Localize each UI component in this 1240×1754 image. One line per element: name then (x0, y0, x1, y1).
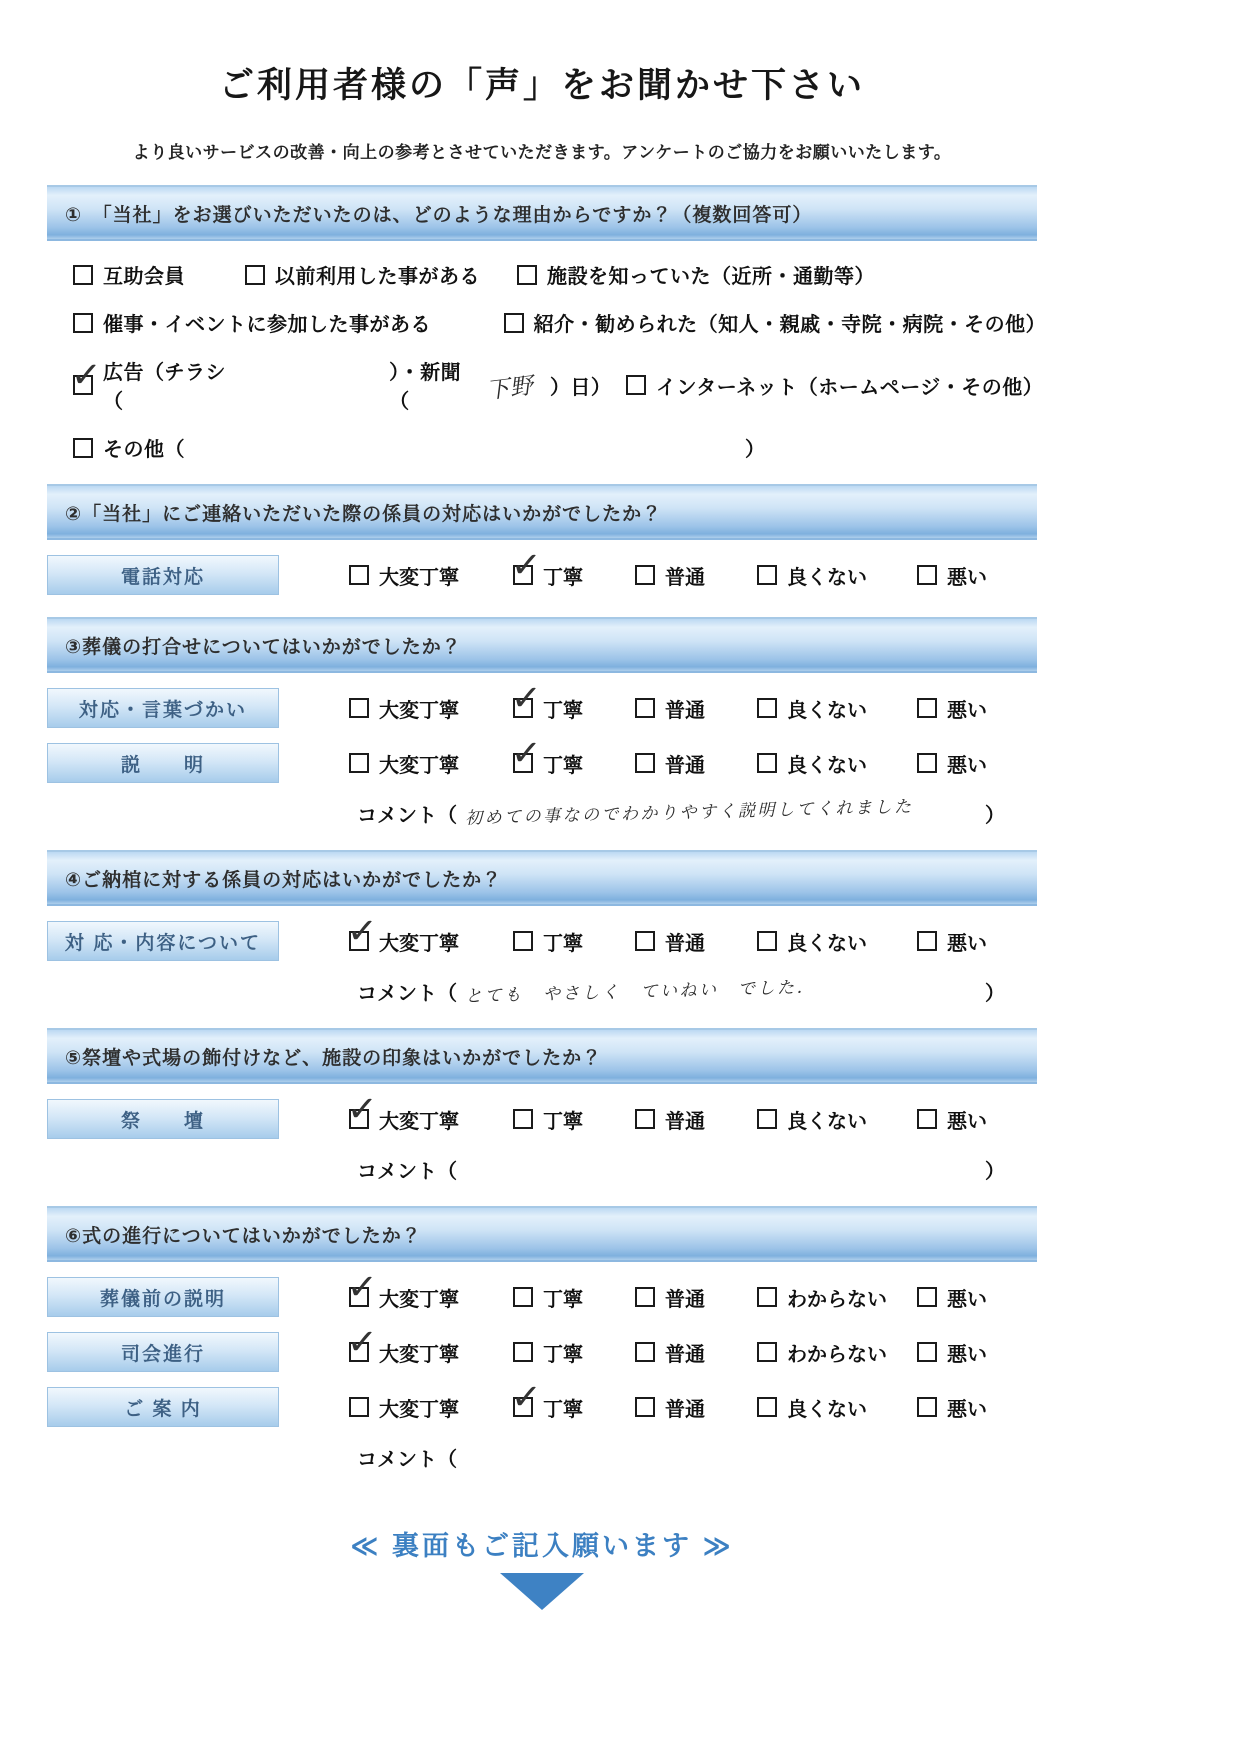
option-polite: 丁寧 (513, 749, 635, 778)
q1-choice-row-3: 広告（チラシ（ ）・新聞（ 下野 ）日） インターネット（ホームページ・その他） (47, 356, 1037, 414)
checkbox-referral[interactable] (504, 313, 524, 333)
checkbox-polite[interactable] (513, 565, 533, 585)
other-blank-field[interactable] (185, 437, 745, 459)
option-label: 悪い (947, 749, 987, 778)
checkbox-very-polite[interactable] (349, 565, 369, 585)
checkbox-bad[interactable] (917, 1397, 937, 1417)
option-polite: 丁寧 (513, 1283, 635, 1312)
checkbox-not-good[interactable] (757, 931, 777, 951)
checkbox-very-polite[interactable] (349, 1109, 369, 1129)
option-label-other-pre: その他（ (103, 433, 185, 462)
option-label: 催事・イベントに参加した事がある (103, 308, 431, 337)
q6-comment-line: コメント（ (357, 1443, 1005, 1472)
option-label-ad-pre: 広告（チラシ（ (103, 356, 244, 414)
option-label: 大変丁寧 (379, 694, 459, 723)
option-label: 大変丁寧 (379, 1338, 459, 1367)
section-header-q3: ③葬儀の打合せについてはいかがでしたか？ (47, 617, 1037, 673)
option-not-good: 良くない (757, 1105, 917, 1134)
survey-page: ご利用者様の「声」をお聞かせ下さい より良いサービスの改善・向上の参考とさせてい… (47, 58, 1037, 1610)
option-label: 悪い (947, 1338, 987, 1367)
option-normal: 普通 (635, 749, 757, 778)
row-label-phone: 電話対応 (47, 555, 279, 595)
comment-close-paren: ） (985, 1155, 1005, 1184)
option-label: 以前利用した事がある (275, 260, 480, 289)
option-label-ad-mid: ）・新聞（ (389, 356, 480, 414)
checkbox-dont-know[interactable] (757, 1342, 777, 1362)
page-title: ご利用者様の「声」をお聞かせ下さい (47, 58, 1037, 108)
option-label: 悪い (947, 1283, 987, 1312)
checkbox-mutual-member[interactable] (73, 265, 93, 285)
checkbox-other[interactable] (73, 438, 93, 458)
option-label: 良くない (787, 927, 867, 956)
checkbox-event[interactable] (73, 313, 93, 333)
option-label: 丁寧 (543, 1393, 583, 1422)
checkbox-normal[interactable] (635, 565, 655, 585)
option-label: 良くない (787, 1393, 867, 1422)
option-label: 大変丁寧 (379, 1393, 459, 1422)
q1-option-mutual-member: 互助会員 (73, 260, 245, 289)
q3-comment-handwritten[interactable]: 初めての事なのでわかりやすく説明してくれました (457, 792, 985, 832)
option-not-good: 良くない (757, 1393, 917, 1422)
option-label: 良くない (787, 1105, 867, 1134)
option-label: 普通 (665, 694, 705, 723)
rating-row-response-language: 対応・言葉づかい 大変丁寧 丁寧 普通 良くない 悪い (47, 688, 1037, 728)
q3-comment-line: コメント（ 初めての事なのでわかりやすく説明してくれました ） (357, 799, 1005, 828)
option-label: 丁寧 (543, 749, 583, 778)
option-label: 施設を知っていた（近所・通勤等） (547, 260, 875, 289)
option-label: 普通 (665, 1105, 705, 1134)
back-side-note: ≪ 裏面もご記入願います ≫ (47, 1524, 1037, 1563)
rating-options: 大変丁寧 丁寧 普通 良くない 悪い (349, 749, 987, 778)
checkbox-internet[interactable] (626, 375, 646, 395)
spacer (610, 374, 626, 396)
option-polite: 丁寧 (513, 1338, 635, 1367)
option-label: 大変丁寧 (379, 1105, 459, 1134)
checkbox-bad[interactable] (917, 1342, 937, 1362)
checkbox-used-before[interactable] (245, 265, 265, 285)
section-header-q1: ① 「当社」をお選びいただいたのは、どのような理由からですか？（複数回答可） (47, 185, 1037, 241)
flyer-blank-field[interactable] (244, 374, 389, 396)
checkbox-very-polite[interactable] (349, 1342, 369, 1362)
option-label: 良くない (787, 694, 867, 723)
option-not-good: 良くない (757, 694, 917, 723)
option-label: 普通 (665, 1283, 705, 1312)
q4-comment-handwritten[interactable]: とても やさしく ていねい でした． (457, 970, 985, 1010)
option-very-polite: 大変丁寧 (349, 1283, 513, 1312)
newspaper-handwritten-value[interactable]: 下野 (484, 365, 546, 405)
option-label: 良くない (787, 561, 867, 590)
option-label: 丁寧 (543, 694, 583, 723)
section-header-q5: ⑤祭壇や式場の飾付けなど、施設の印象はいかがでしたか？ (47, 1028, 1037, 1084)
option-label: 普通 (665, 927, 705, 956)
option-label: 丁寧 (543, 1105, 583, 1134)
checkbox-very-polite[interactable] (349, 698, 369, 718)
rating-row-mc-progression: 司会進行 大変丁寧 丁寧 普通 わからない 悪い (47, 1332, 1037, 1372)
section-header-q4: ④ご納棺に対する係員の対応はいかがでしたか？ (47, 850, 1037, 906)
row-label-pre-funeral-explanation: 葬儀前の説明 (47, 1277, 279, 1317)
checkbox-normal[interactable] (635, 698, 655, 718)
option-label: 大変丁寧 (379, 561, 459, 590)
page-subtitle: より良いサービスの改善・向上の参考とさせていただきます。アンケートのご協力をお願… (47, 138, 1037, 163)
option-label: 普通 (665, 561, 705, 590)
footer: ≪ 裏面もご記入願います ≫ (47, 1524, 1037, 1610)
option-label-ad-post: ）日） (550, 371, 610, 400)
q5-comment-line: コメント（ ） (357, 1155, 1005, 1184)
option-very-polite: 大変丁寧 (349, 1105, 513, 1134)
option-label: 悪い (947, 694, 987, 723)
row-label-guidance: ご 案 内 (47, 1387, 279, 1427)
option-normal: 普通 (635, 1393, 757, 1422)
option-label: 丁寧 (543, 1283, 583, 1312)
checkbox-normal[interactable] (635, 1397, 655, 1417)
comment-label: コメント（ (357, 799, 457, 828)
option-label: 大変丁寧 (379, 749, 459, 778)
rating-row-phone: 電話対応 大変丁寧 丁寧 普通 良くない 悪い (47, 555, 1037, 595)
option-normal: 普通 (635, 561, 757, 590)
q1-option-event: 催事・イベントに参加した事がある (73, 308, 504, 337)
rating-options: 大変丁寧 丁寧 普通 良くない 悪い (349, 561, 987, 590)
option-label: 悪い (947, 1105, 987, 1134)
comment-label: コメント（ (357, 977, 457, 1006)
checkbox-normal[interactable] (635, 1287, 655, 1307)
option-dont-know: わからない (757, 1338, 917, 1367)
checkbox-bad[interactable] (917, 1109, 937, 1129)
rating-row-explanation: 説 明 大変丁寧 丁寧 普通 良くない 悪い (47, 743, 1037, 783)
rating-row-pre-funeral-explanation: 葬儀前の説明 大変丁寧 丁寧 普通 わからない 悪い (47, 1277, 1037, 1317)
rating-options: 大変丁寧 丁寧 普通 良くない 悪い (349, 694, 987, 723)
q1-choice-row-1: 互助会員 以前利用した事がある 施設を知っていた（近所・通勤等） (47, 260, 1037, 289)
option-label: 普通 (665, 1393, 705, 1422)
option-label: 悪い (947, 1393, 987, 1422)
option-not-good: 良くない (757, 561, 917, 590)
comment-label: コメント（ (357, 1443, 457, 1472)
option-label: 普通 (665, 749, 705, 778)
q6-comment-handwritten[interactable] (457, 1436, 1005, 1476)
section-header-q6: ⑥式の進行についてはいかがでしたか？ (47, 1206, 1037, 1262)
checkbox-not-good[interactable] (757, 565, 777, 585)
option-polite: 丁寧 (513, 694, 635, 723)
checkbox-advertisement[interactable] (73, 375, 93, 395)
checkbox-bad[interactable] (917, 565, 937, 585)
option-very-polite: 大変丁寧 (349, 694, 513, 723)
option-label: わからない (787, 1283, 887, 1312)
rating-row-altar: 祭 壇 大変丁寧 丁寧 普通 良くない 悪い (47, 1099, 1037, 1139)
option-label: 丁寧 (543, 1338, 583, 1367)
option-label: 互助会員 (103, 260, 185, 289)
checkbox-bad[interactable] (917, 1287, 937, 1307)
checkbox-normal[interactable] (635, 1109, 655, 1129)
option-label: 悪い (947, 927, 987, 956)
option-very-polite: 大変丁寧 (349, 927, 513, 956)
option-polite: 丁寧 (513, 927, 635, 956)
option-bad: 悪い (917, 749, 987, 778)
option-normal: 普通 (635, 927, 757, 956)
row-label-handling-content: 対 応・内容について (47, 921, 279, 961)
checkbox-polite[interactable] (513, 1342, 533, 1362)
checkbox-normal[interactable] (635, 931, 655, 951)
down-arrow-icon (500, 1573, 584, 1610)
option-not-good: 良くない (757, 927, 917, 956)
option-label: 悪い (947, 561, 987, 590)
q1-option-used-before: 以前利用した事がある (245, 260, 517, 289)
comment-close-paren: ） (985, 977, 1005, 1006)
checkbox-normal[interactable] (635, 753, 655, 773)
comment-close-paren: ） (985, 799, 1005, 828)
option-very-polite: 大変丁寧 (349, 749, 513, 778)
checkbox-bad[interactable] (917, 698, 937, 718)
option-label: 丁寧 (543, 927, 583, 956)
row-label-mc-progression: 司会進行 (47, 1332, 279, 1372)
option-bad: 悪い (917, 1105, 987, 1134)
option-normal: 普通 (635, 1338, 757, 1367)
checkbox-very-polite[interactable] (349, 753, 369, 773)
option-bad: 悪い (917, 561, 987, 590)
checkbox-not-good[interactable] (757, 753, 777, 773)
option-bad: 悪い (917, 1393, 987, 1422)
option-very-polite: 大変丁寧 (349, 561, 513, 590)
rating-row-handling-content: 対 応・内容について 大変丁寧 丁寧 普通 良くない 悪い (47, 921, 1037, 961)
q1-option-internet: インターネット（ホームページ・その他） (626, 371, 1037, 400)
row-label-response-language: 対応・言葉づかい (47, 688, 279, 728)
option-label: 大変丁寧 (379, 927, 459, 956)
option-label: 大変丁寧 (379, 1283, 459, 1312)
option-bad: 悪い (917, 927, 987, 956)
option-not-good: 良くない (757, 749, 917, 778)
checkbox-polite[interactable] (513, 698, 533, 718)
option-label: 普通 (665, 1338, 705, 1367)
q1-option-knew-facility: 施設を知っていた（近所・通勤等） (517, 260, 875, 289)
option-label-other-post: ） (745, 433, 766, 462)
checkbox-not-good[interactable] (757, 698, 777, 718)
option-label: わからない (787, 1338, 887, 1367)
q1-option-other: その他（ ） (73, 433, 766, 462)
checkbox-dont-know[interactable] (757, 1287, 777, 1307)
option-polite: 丁寧 (513, 1105, 635, 1134)
rating-options: 大変丁寧 丁寧 普通 良くない 悪い (349, 1105, 987, 1134)
option-bad: 悪い (917, 1283, 987, 1312)
option-label: インターネット（ホームページ・その他） (656, 371, 1037, 400)
rating-row-guidance: ご 案 内 大変丁寧 丁寧 普通 良くない 悪い (47, 1387, 1037, 1427)
checkbox-very-polite[interactable] (349, 1397, 369, 1417)
row-label-explanation: 説 明 (47, 743, 279, 783)
checkbox-polite[interactable] (513, 753, 533, 773)
q1-option-advertisement: 広告（チラシ（ ）・新聞（ 下野 ）日） (73, 356, 626, 414)
option-polite: 丁寧 (513, 561, 635, 590)
option-bad: 悪い (917, 694, 987, 723)
rating-options: 大変丁寧 丁寧 普通 わからない 悪い (349, 1338, 987, 1367)
checkbox-very-polite[interactable] (349, 1287, 369, 1307)
row-label-altar: 祭 壇 (47, 1099, 279, 1139)
option-polite: 丁寧 (513, 1393, 635, 1422)
option-label: 紹介・勧められた（知人・親戚・寺院・病院・その他） (534, 308, 1037, 337)
rating-options: 大変丁寧 丁寧 普通 わからない 悪い (349, 1283, 987, 1312)
checkbox-very-polite[interactable] (349, 931, 369, 951)
rating-options: 大変丁寧 丁寧 普通 良くない 悪い (349, 1393, 987, 1422)
option-label: 丁寧 (543, 561, 583, 590)
checkbox-polite[interactable] (513, 1397, 533, 1417)
comment-label: コメント（ (357, 1155, 457, 1184)
checkbox-not-good[interactable] (757, 1109, 777, 1129)
option-normal: 普通 (635, 694, 757, 723)
checkbox-polite[interactable] (513, 1109, 533, 1129)
q5-comment-handwritten[interactable] (457, 1148, 985, 1188)
option-dont-know: わからない (757, 1283, 917, 1312)
rating-options: 大変丁寧 丁寧 普通 良くない 悪い (349, 927, 987, 956)
q1-choice-row-2: 催事・イベントに参加した事がある 紹介・勧められた（知人・親戚・寺院・病院・その… (47, 308, 1037, 337)
checkbox-bad[interactable] (917, 753, 937, 773)
checkbox-polite[interactable] (513, 1287, 533, 1307)
option-label: 良くない (787, 749, 867, 778)
q4-comment-line: コメント（ とても やさしく ていねい でした． ） (357, 977, 1005, 1006)
q1-choice-row-4: その他（ ） (47, 433, 1037, 462)
option-bad: 悪い (917, 1338, 987, 1367)
checkbox-normal[interactable] (635, 1342, 655, 1362)
section-header-q2: ②「当社」にご連絡いただいた際の係員の対応はいかがでしたか？ (47, 484, 1037, 540)
option-very-polite: 大変丁寧 (349, 1338, 513, 1367)
checkbox-bad[interactable] (917, 931, 937, 951)
checkbox-polite[interactable] (513, 931, 533, 951)
checkbox-knew-facility[interactable] (517, 265, 537, 285)
checkbox-not-good[interactable] (757, 1397, 777, 1417)
option-normal: 普通 (635, 1105, 757, 1134)
option-very-polite: 大変丁寧 (349, 1393, 513, 1422)
q1-option-referral: 紹介・勧められた（知人・親戚・寺院・病院・その他） (504, 308, 1037, 337)
option-normal: 普通 (635, 1283, 757, 1312)
